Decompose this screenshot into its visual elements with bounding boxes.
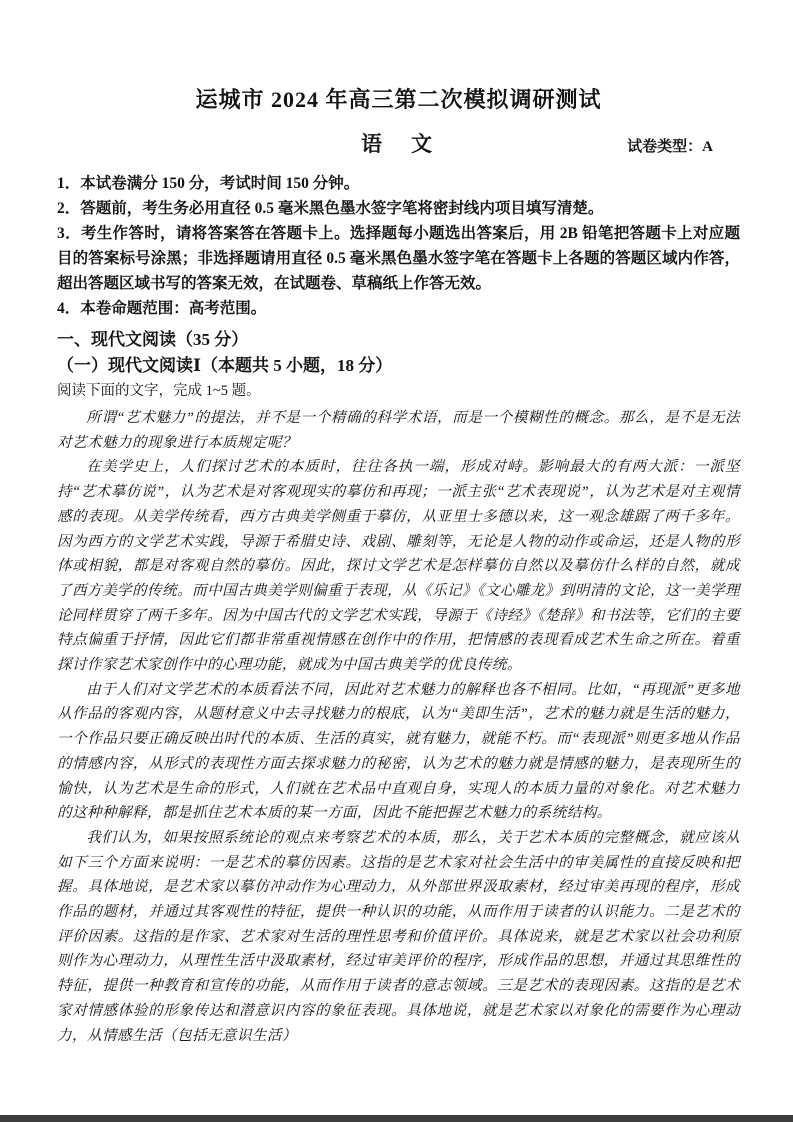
page-bottom-edge [0, 1115, 793, 1122]
passage-paragraph-3: 由于人们对文学艺术的本质看法不同，因此对艺术魅力的解释也各不相同。比如，“再现派… [57, 678, 740, 826]
passage-paragraph-1: 所谓“艺术魅力”的提法，并不是一个精确的科学术语，而是一个模糊性的概念。那么，是… [57, 406, 740, 455]
reading-task-note: 阅读下面的文字，完成 1~5 题。 [57, 379, 740, 404]
subject-title: 语 文 [361, 129, 436, 159]
instruction-item-1: 1．本试卷满分 150 分，考试时间 150 分钟。 [57, 171, 740, 196]
exam-instructions: 1．本试卷满分 150 分，考试时间 150 分钟。 2．答题前，考生务必用直径… [57, 171, 740, 321]
subsection-heading-reading-1: （一）现代文阅读Ⅰ（本题共 5 小题，18 分） [57, 353, 740, 379]
passage-paragraph-4: 我们认为，如果按照系统论的观点来考察艺术的本质，那么，关于艺术本质的完整概念，就… [57, 826, 740, 1048]
paper-type-label: 试卷类型：A [627, 135, 713, 156]
subject-row: 语 文 试卷类型：A [57, 129, 740, 159]
reading-passage: 所谓“艺术魅力”的提法，并不是一个精确的科学术语，而是一个模糊性的概念。那么，是… [57, 406, 740, 1048]
instruction-item-2: 2．答题前，考生务必用直径 0.5 毫米黑色墨水签字笔将密封线内项目填写清楚。 [57, 196, 740, 221]
instruction-item-4: 4．本卷命题范围：高考范围。 [57, 296, 740, 321]
section-heading-modern-reading: 一、现代文阅读（35 分） [57, 327, 740, 353]
paper-title: 运城市 2024 年高三第二次模拟调研测试 [57, 86, 740, 114]
passage-paragraph-2: 在美学史上，人们探讨艺术的本质时，往往各执一端，形成对峙。影响最大的有两大派：一… [57, 455, 740, 677]
exam-paper-page: 运城市 2024 年高三第二次模拟调研测试 语 文 试卷类型：A 1．本试卷满分… [0, 86, 793, 1048]
instruction-item-3: 3．考生作答时，请将答案答在答题卡上。选择题每小题选出答案后，用 2B 铅笔把答… [57, 221, 740, 296]
